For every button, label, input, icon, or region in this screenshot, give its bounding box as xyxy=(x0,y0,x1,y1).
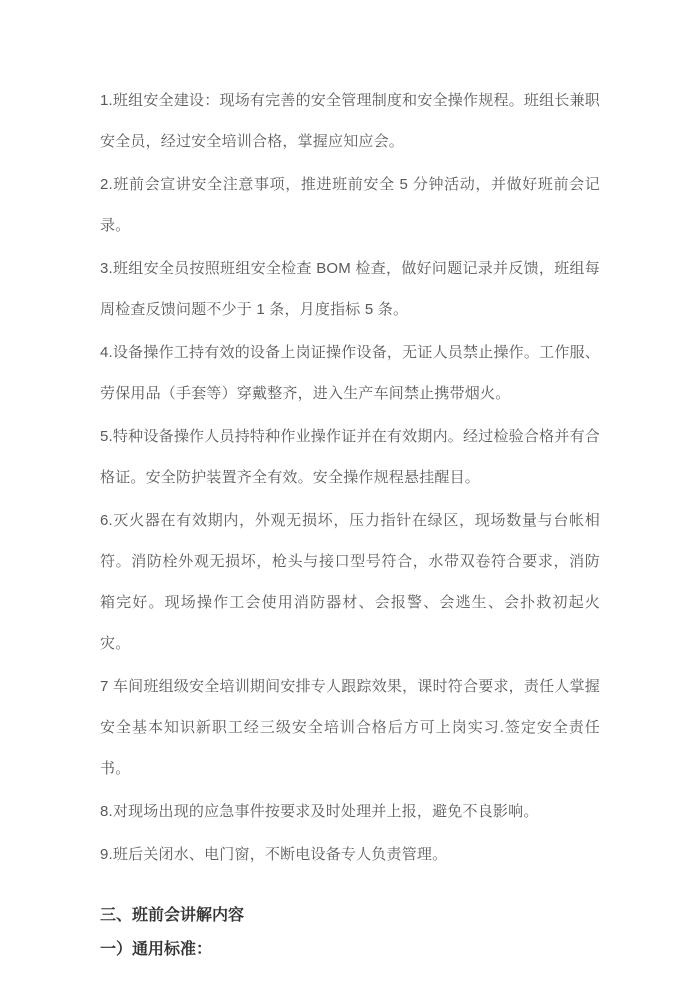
paragraph-5: 5.特种设备操作人员持特种作业操作证并在有效期内。经过检验合格并有合格证。安全防… xyxy=(100,416,600,498)
document-content: 1.班组安全建设：现场有完善的安全管理制度和安全操作规程。班组长兼职安全员，经过… xyxy=(0,0,700,965)
paragraph-9: 9.班后关闭水、电门窗，不断电设备专人负责管理。 xyxy=(100,834,600,875)
paragraph-4: 4.设备操作工持有效的设备上岗证操作设备，无证人员禁止操作。工作服、劳保用品（手… xyxy=(100,332,600,414)
paragraph-3: 3.班组安全员按照班组安全检查 BOM 检查，做好问题记录并反馈，班组每周检查反… xyxy=(100,248,600,330)
paragraph-8: 8.对现场出现的应急事件按要求及时处理并上报，避免不良影响。 xyxy=(100,791,600,832)
subsection-heading: 一）通用标准： xyxy=(100,935,600,965)
paragraph-2: 2.班前会宣讲安全注意事项，推进班前安全 5 分钟活动，并做好班前会记录。 xyxy=(100,164,600,246)
section-heading: 三、班前会讲解内容 xyxy=(100,901,600,931)
paragraph-7: 7 车间班组级安全培训期间安排专人跟踪效果，课时符合要求，责任人掌握安全基本知识… xyxy=(100,666,600,789)
paragraph-1: 1.班组安全建设：现场有完善的安全管理制度和安全操作规程。班组长兼职安全员，经过… xyxy=(100,80,600,162)
paragraph-6: 6.灭火器在有效期内，外观无损坏，压力指针在绿区，现场数量与台帐相符。消防栓外观… xyxy=(100,500,600,664)
document-page: 1.班组安全建设：现场有完善的安全管理制度和安全操作规程。班组长兼职安全员，经过… xyxy=(0,0,700,990)
